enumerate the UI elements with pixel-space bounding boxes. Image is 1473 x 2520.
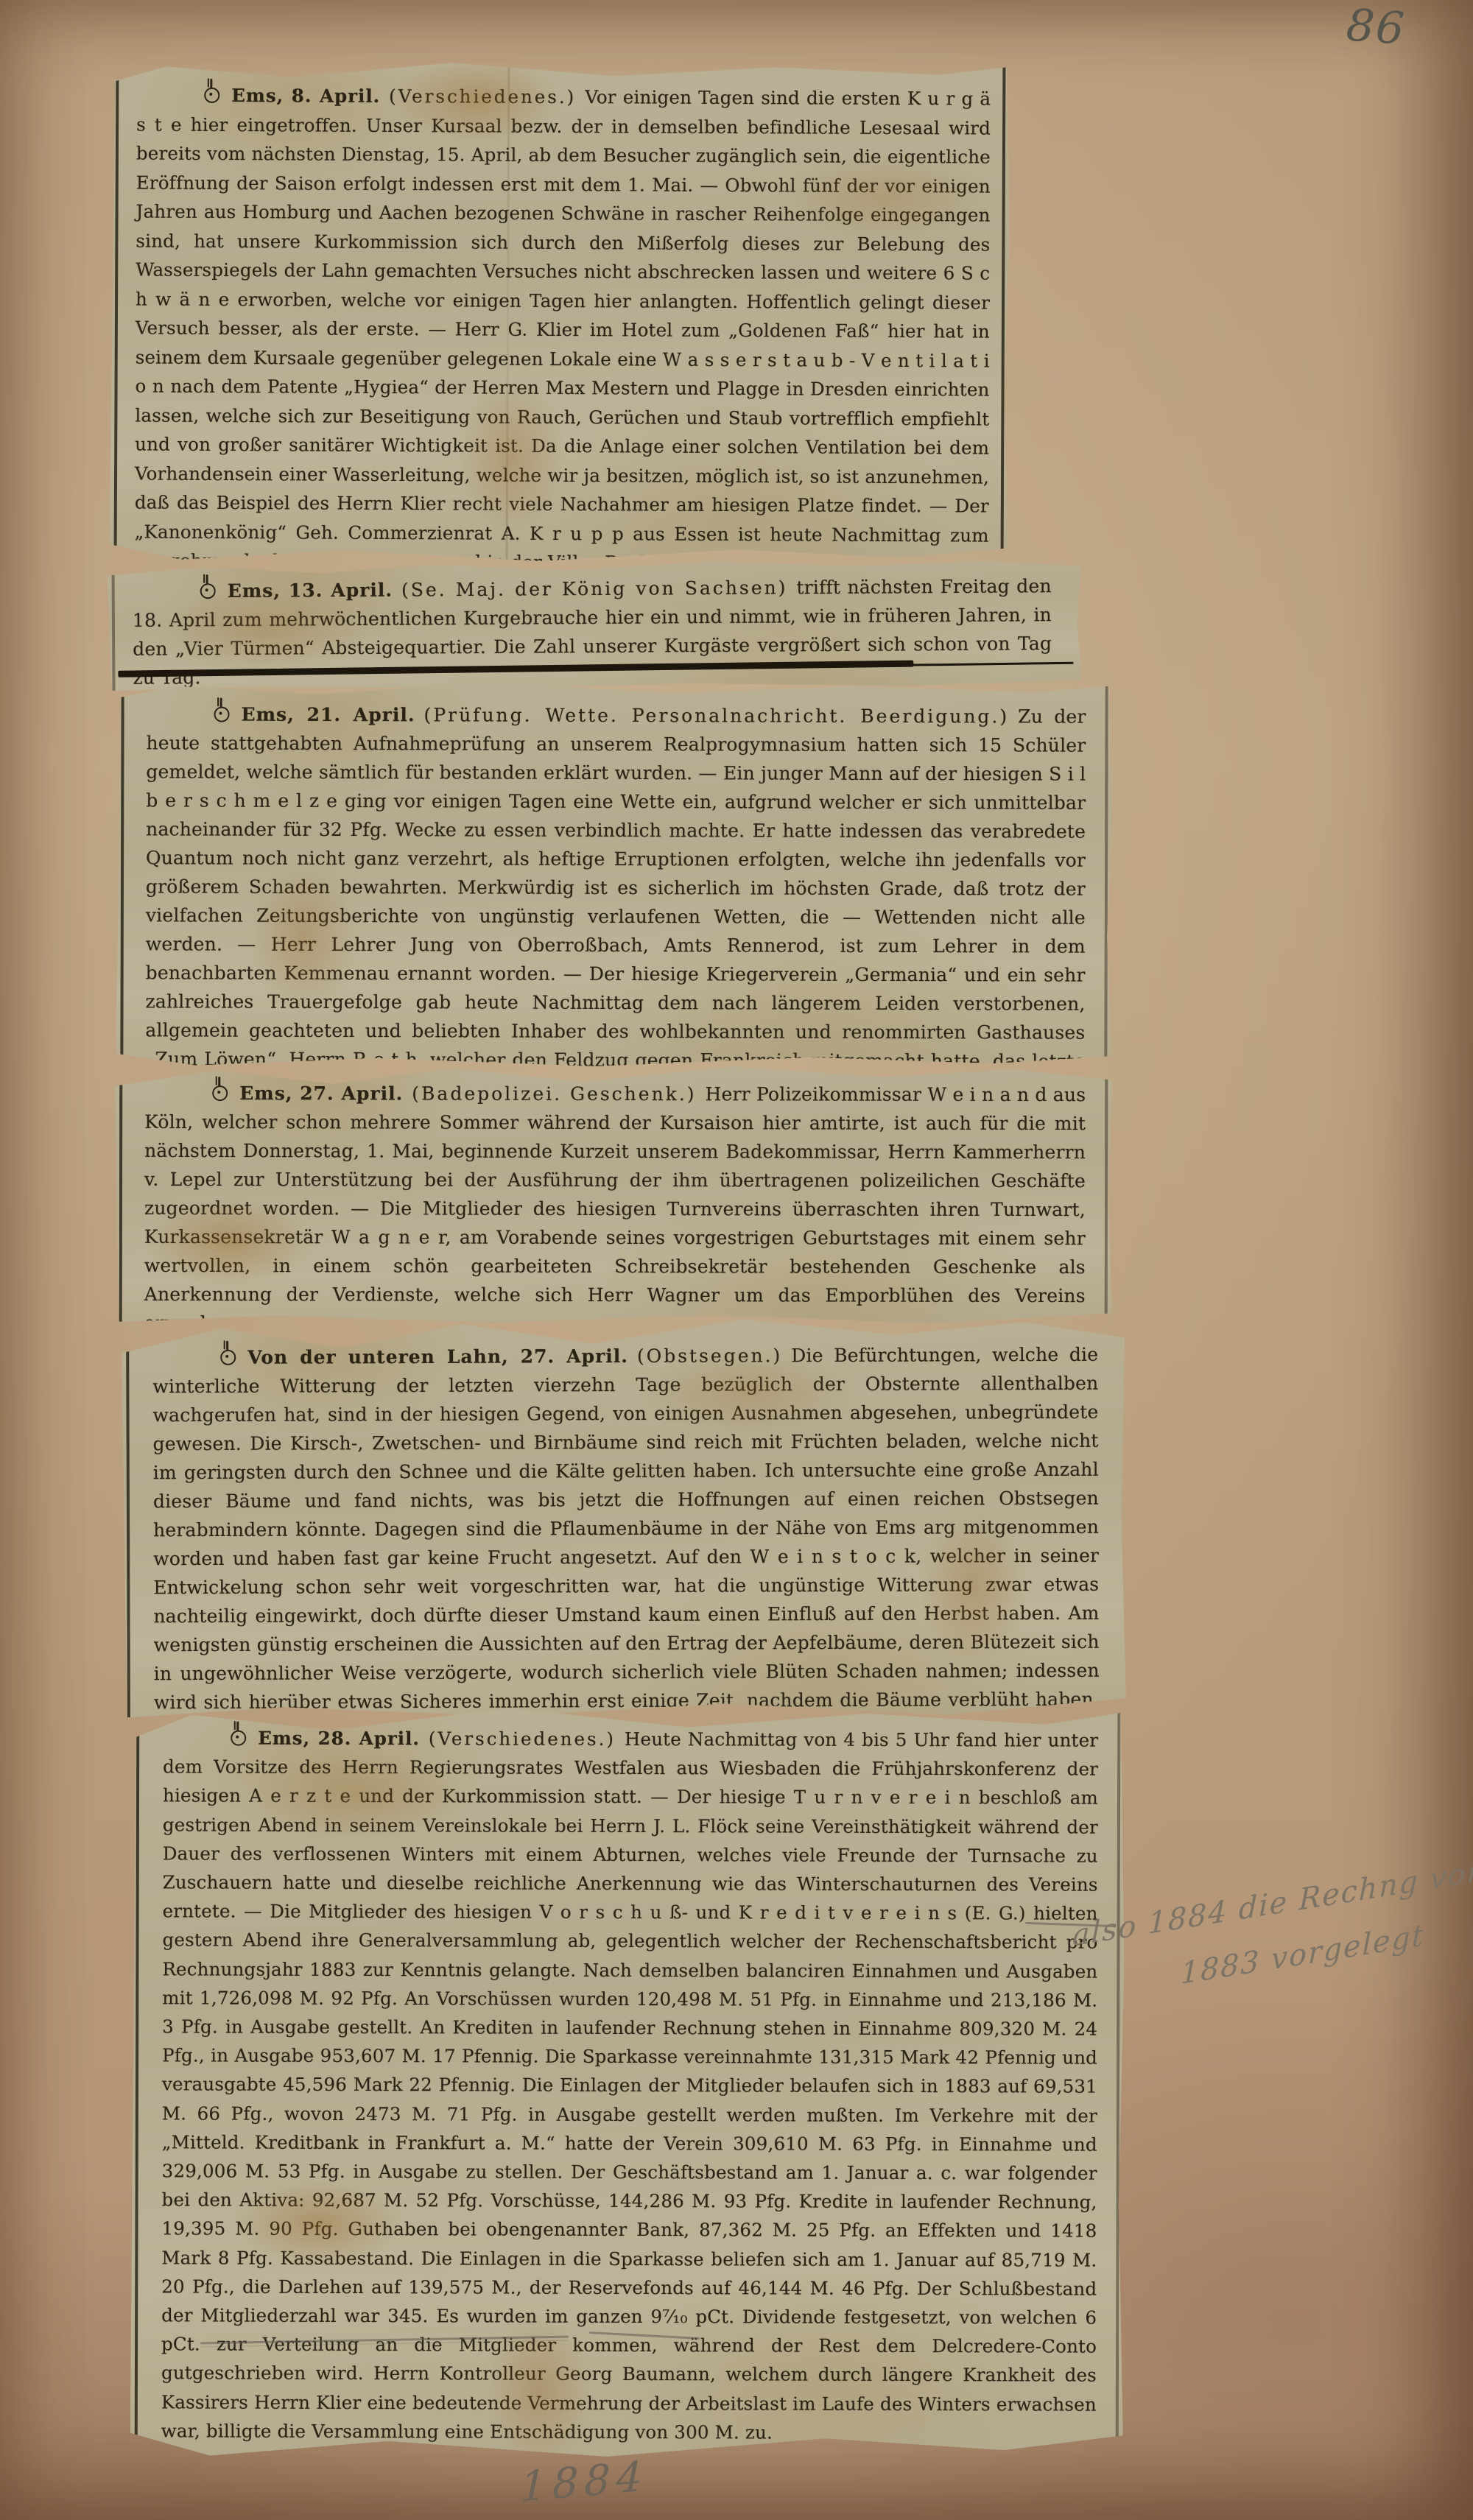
clipping-topic: (Prüfung. Wette. Personalnachricht. Beer… bbox=[424, 704, 1010, 727]
newspaper-clipping-ems-13-april: Ems, 13. April.(Se. Maj. der König von S… bbox=[107, 560, 1081, 691]
column-rule bbox=[1001, 66, 1006, 563]
newspaper-clipping-ems-21-april: Ems, 21. April.(Prüfung. Wette. Personal… bbox=[116, 682, 1112, 1068]
clipping-topic: (Verschiedenes.) bbox=[389, 85, 576, 108]
column-rule bbox=[1105, 1067, 1108, 1323]
clipping-dateline: Ems, 13. April. bbox=[228, 580, 393, 602]
correspondent-mark-icon bbox=[204, 88, 219, 103]
clipping-topic: (Obstsegen.) bbox=[637, 1345, 782, 1367]
newspaper-clipping-ems-8-april: Ems, 8. April.(Verschiedenes.)Vor einige… bbox=[110, 61, 1010, 563]
column-rule bbox=[126, 1321, 130, 1717]
column-rule bbox=[111, 566, 115, 691]
clipping-dateline: Ems, 27. April. bbox=[239, 1083, 403, 1104]
clipping-topic: (Se. Maj. der König von Sachsen) bbox=[401, 577, 788, 600]
clipping-dateline: Ems, 8. April. bbox=[231, 85, 380, 107]
clipping-body: Die Befürchtungen, welche die winterlich… bbox=[152, 1344, 1100, 1742]
column-rule bbox=[119, 1066, 123, 1322]
clipping-dateline: Ems, 21. April. bbox=[242, 704, 415, 726]
newspaper-clipping-ems-27-april: Ems, 27. April.(Badepolizei. Geschenk.)H… bbox=[115, 1066, 1113, 1323]
clipping-body: Zu der heute stattgehabten Aufnahmeprüfu… bbox=[145, 705, 1086, 1098]
newspaper-clipping-ems-28-april: Ems, 28. April.(Verschiedenes.)Heute Nac… bbox=[130, 1707, 1125, 2458]
clipping-dateline: Ems, 28. April. bbox=[258, 1728, 420, 1750]
clipping-dateline: Von der unteren Lahn, 27. April. bbox=[247, 1345, 628, 1368]
handwritten-margin-note: also 1884 die Rechng von 1883 vorgelegt bbox=[1071, 1843, 1473, 2019]
correspondent-mark-icon bbox=[212, 1085, 228, 1101]
column-rule bbox=[135, 1707, 140, 2455]
correspondent-mark-icon bbox=[231, 1731, 246, 1746]
column-rule bbox=[1116, 1710, 1121, 2458]
column-rule bbox=[114, 61, 119, 559]
column-rule bbox=[1104, 685, 1108, 1068]
clipping-body: Herr Polizeikommissar W e i n a n d aus … bbox=[144, 1083, 1086, 1334]
clipping-text: Ems, 28. April.(Verschiedenes.)Heute Nac… bbox=[161, 1723, 1099, 2447]
correspondent-mark-icon bbox=[220, 1350, 236, 1365]
scrapbook-page: 86 Ems, 8. April.(Verschiedenes.)Vor ein… bbox=[0, 0, 1473, 2520]
newspaper-clipping-untere-lahn-27-april: Von der unteren Lahn, 27. April.(Obstseg… bbox=[122, 1318, 1126, 1718]
clipping-text: Von der unteren Lahn, 27. April.(Obstseg… bbox=[152, 1340, 1100, 1745]
clipping-topic: (Badepolizei. Geschenk.) bbox=[412, 1083, 696, 1105]
clipping-text: Ems, 21. April.(Prüfung. Wette. Personal… bbox=[145, 700, 1086, 1104]
clipping-topic: (Verschiedenes.) bbox=[429, 1728, 616, 1750]
handwritten-year: 1884 bbox=[520, 2452, 649, 2512]
clipping-text: Ems, 8. April.(Verschiedenes.)Vor einige… bbox=[134, 80, 991, 579]
column-rule bbox=[120, 682, 124, 1065]
correspondent-mark-icon bbox=[214, 707, 230, 722]
clipping-text: Ems, 27. April.(Badepolizei. Geschenk.)H… bbox=[144, 1079, 1086, 1339]
handwritten-page-number: 86 bbox=[1345, 0, 1407, 55]
correspondent-mark-icon bbox=[200, 583, 216, 599]
clipping-body: Vor einigen Tagen sind die ersten K u r … bbox=[134, 86, 991, 574]
